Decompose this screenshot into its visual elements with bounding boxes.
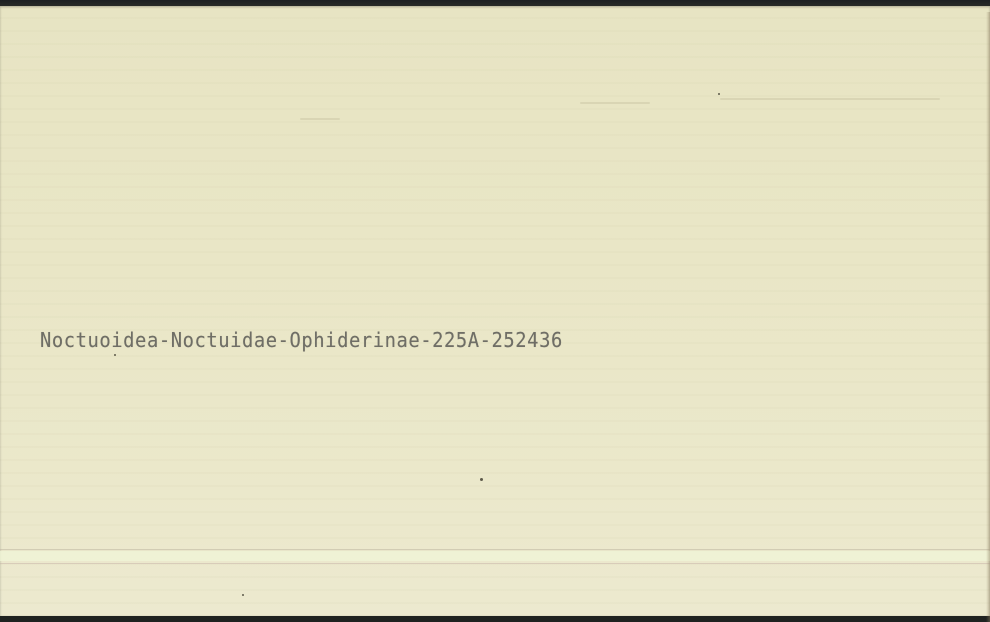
index-card: Noctuoidea-Noctuidae-Ophiderinae-225A-25… [0, 6, 990, 616]
paper-speck [114, 354, 116, 356]
show-through-mark [300, 118, 340, 120]
paper-speck [480, 478, 483, 481]
card-ruled-line [0, 563, 990, 564]
paper-speck [718, 93, 720, 95]
card-right-edge [986, 12, 990, 616]
taxonomy-label: Noctuoidea-Noctuidae-Ophiderinae-225A-25… [40, 328, 563, 352]
card-ruled-line [0, 549, 990, 550]
card-light-band [0, 551, 990, 561]
show-through-mark [720, 98, 940, 100]
show-through-mark [580, 102, 650, 104]
paper-speck [242, 594, 244, 596]
